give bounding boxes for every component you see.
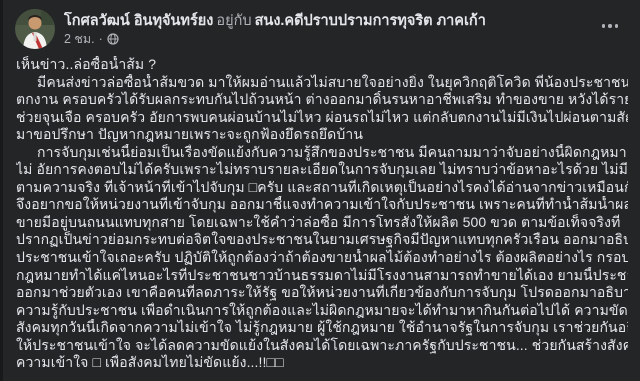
globe-public-icon bbox=[107, 33, 119, 45]
post-header-text: โกศลวัฒน์ อินทุจันทร์ยงอยู่กับสนง.คดีปรา… bbox=[64, 12, 526, 47]
facebook-post-card: โกศลวัฒน์ อินทุจันทร์ยงอยู่กับสนง.คดีปรา… bbox=[3, 0, 640, 381]
three-dots-icon bbox=[602, 24, 606, 28]
post-text-line: ปรากฏเป็นข่าวย่อมกระทบต่อจิตใจของประชาชน… bbox=[16, 231, 628, 249]
post-text-line: ความรู้กับประชาชน เพื่อดำเนินการให้ถูกต้… bbox=[16, 302, 628, 320]
post-timestamp-link[interactable]: 2 ชม. bbox=[64, 32, 95, 47]
post-text-line: ความเข้าใจ □ เพื่อสังคมไทยไม่ขัดแย้ง...!… bbox=[16, 354, 628, 372]
author-name-link[interactable]: โกศลวัฒน์ อินทุจันทร์ยง bbox=[64, 13, 213, 29]
post-text: เห็นข่าว..ล่อซื้อน้ำส้ม ?มีคนส่งข่าวล่อซ… bbox=[3, 56, 640, 372]
post-byline: โกศลวัฒน์ อินทุจันทร์ยงอยู่กับสนง.คดีปรา… bbox=[64, 12, 486, 30]
post-text-line: ประชาชนเข้าใจเถอะครับ ปฏิบัติให้ถูกต้องว… bbox=[16, 249, 628, 267]
meta-separator: · bbox=[99, 32, 103, 47]
post-text-line: มาขอปรึกษา ปัญหากฎหมายเพราะจะถูกฟ้องยึดร… bbox=[16, 126, 628, 144]
post-meta: 2 ชม. · bbox=[64, 32, 486, 47]
post-text-line: การจับกุมเช่นนี้ย่อมเป็นเรื่องขัดแย้งกับ… bbox=[16, 144, 628, 162]
post-header: โกศลวัฒน์ อินทุจันทร์ยงอยู่กับสนง.คดีปรา… bbox=[3, 0, 640, 49]
tagged-page-link[interactable]: สนง.คดีปราบปรามการทุจริต ภาคเก้า bbox=[255, 13, 486, 29]
post-text-line: จึงอยากขอให้หน่วยงานที่เข้าจับกุม ออกมาช… bbox=[16, 196, 628, 214]
post-text-line: ตกงาน ครอบครัวได้รับผลกระทบกันไปถ้วนหน้า… bbox=[16, 91, 628, 109]
post-text-line: ขายมีอยู่บนถนนแทบทุกสาย โดยเฉพาะใช้คำว่า… bbox=[16, 214, 628, 232]
profile-avatar[interactable] bbox=[15, 9, 55, 49]
more-options-button[interactable] bbox=[596, 16, 624, 36]
post-text-line: ให้ประชาชนเข้าใจ จะได้ลดความขัดแย้งในสัง… bbox=[16, 337, 628, 355]
post-text-line: มีคนส่งข่าวล่อซื้อน้ำส้มขวด มาให้ผมอ่านแ… bbox=[16, 74, 628, 92]
post-text-line: กฎหมายทำได้แค่ไหนอะไรที่ประชาชนชาวบ้านธร… bbox=[16, 267, 628, 285]
with-connector: อยู่กับ bbox=[213, 13, 254, 29]
post-text-line: เห็นข่าว..ล่อซื้อน้ำส้ม ? bbox=[16, 56, 628, 74]
post-text-line: ตามความจริง ที่เจ้าหน้าที่เข้าไปจับกุม □… bbox=[16, 179, 628, 197]
avatar-image bbox=[15, 9, 55, 49]
post-text-line: ออกมาช่วยตัวเอง เขาคือคนที่ลดภาระให้รัฐ … bbox=[16, 284, 628, 302]
post-text-line: ไม่ อัยการคงตอบไม่ได้ครับเพราะไม่ทราบราย… bbox=[16, 161, 628, 179]
post-text-line: สังคมทุกวันนี้เกิดจากความไม่เข้าใจ ไม่รู… bbox=[16, 319, 628, 337]
post-text-line: ช่วยจุนเจือ ครอบครัว อัยการพบคนผ่อนบ้านไ… bbox=[16, 109, 628, 127]
